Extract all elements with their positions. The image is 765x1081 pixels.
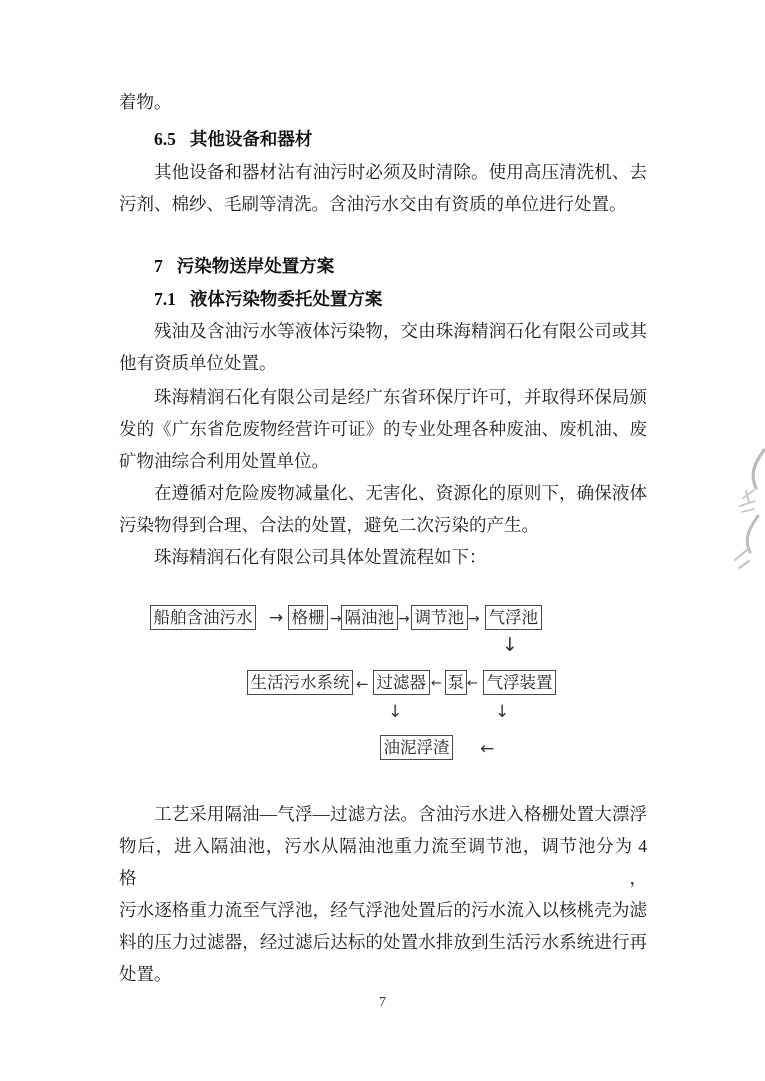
flow-node-grating: 格栅 [288,605,328,630]
paragraph-6-5: 其他设备和器材沾有油污时必须及时清除。使用高压清洗机、去 污剂、棉纱、毛刷等清洗… [119,156,647,220]
text-line: 矿物油综合利用处置单位。 [119,445,647,477]
heading-7-title: 污染物送岸处置方案 [177,256,335,276]
disposal-flowchart: 船舶含油污水 → 格栅 → 隔油池 → 调节池 → 气浮池 ↓ 生活污水系统 ←… [119,573,647,768]
right-arrow-icon: → [398,612,410,626]
text-column: 着物。 6.5其他设备和器材 其他设备和器材沾有油污时必须及时清除。使用高压清洗… [119,0,647,990]
flow-node-ship-oily-water: 船舶含油污水 [150,605,256,630]
left-arrow-icon: ← [467,677,478,690]
heading-6-5: 6.5其他设备和器材 [119,123,647,155]
flow-node-regulating-tank: 调节池 [411,605,468,630]
down-arrow-icon: ↓ [502,636,518,655]
text-line: 污染物得到合理、合法的处置，避免二次污染的产生。 [119,509,647,541]
heading-7: 7污染物送岸处置方案 [119,250,647,282]
page-number: 7 [0,995,765,1011]
text-line: 珠海精润石化有限公司是经广东省环保厅许可，并取得环保局颁 [119,381,647,413]
right-arrow-icon: → [330,612,342,626]
heading-7-1-number: 7.1 [154,289,176,309]
heading-7-number: 7 [154,256,163,276]
text-line: 污剂、棉纱、毛刷等清洗。含油污水交由有资质的单位进行处置。 [119,188,647,220]
text-line: 他有资质单位处置。 [119,347,647,379]
heading-7-1: 7.1液体污染物委托处置方案 [119,283,647,315]
down-arrow-icon: ↓ [388,704,402,721]
paragraph-process-description: 工艺采用隔油—气浮—过滤方法。含油污水进入格栅处置大漂浮 物后，进入隔油池，污水… [119,798,647,990]
paragraph-continuation-line: 着物。 [119,86,647,118]
text-line: 其他设备和器材沾有油污时必须及时清除。使用高压清洗机、去 [119,156,647,188]
down-arrow-icon: ↓ [495,704,509,721]
paragraph-7-1-a: 残油及含油污水等液体污染物，交由珠海精润石化有限公司或其 他有资质单位处置。 [119,315,647,379]
left-arrow-icon: ← [356,677,369,692]
text-line: 珠海精润石化有限公司具体处置流程如下： [119,541,647,573]
left-arrow-icon: ← [480,741,494,758]
flow-node-filter: 过滤器 [373,670,430,695]
text-line: 处置。 [119,958,647,990]
flow-node-oil-separation-tank: 隔油池 [341,605,398,630]
flow-node-air-flotation-tank: 气浮池 [485,605,542,630]
scan-stamp-artifact [733,448,765,573]
right-arrow-icon: → [269,610,283,627]
text-line: 污水逐格重力流至气浮池，经气浮池处置后的污水流入以核桃壳为滤 [119,894,647,926]
text-line: 残油及含油污水等液体污染物，交由珠海精润石化有限公司或其 [119,315,647,347]
flow-node-domestic-sewage-system: 生活污水系统 [247,670,353,695]
text-line: 物后，进入隔油池，污水从隔油池重力流至调节池，调节池分为 4 格， [119,830,647,894]
heading-6-5-title: 其他设备和器材 [190,129,313,149]
heading-7-1-title: 液体污染物委托处置方案 [190,289,383,309]
flow-node-oil-sludge-scum: 油泥浮渣 [380,735,453,760]
text-line: 在遵循对危险废物减量化、无害化、资源化的原则下，确保液体 [119,477,647,509]
document-page: 着物。 6.5其他设备和器材 其他设备和器材沾有油污时必须及时清除。使用高压清洗… [0,0,765,1081]
heading-6-5-number: 6.5 [154,129,176,149]
left-arrow-icon: ← [431,677,442,690]
paragraph-7-1-c: 在遵循对危险废物减量化、无害化、资源化的原则下，确保液体 污染物得到合理、合法的… [119,477,647,541]
flow-node-pump: 泵 [445,670,467,695]
text-line: 料的压力过滤器，经过滤后达标的处置水排放到生活污水系统进行再 [119,926,647,958]
paragraph-7-1-b: 珠海精润石化有限公司是经广东省环保厅许可，并取得环保局颁 发的《广东省危废物经营… [119,381,647,477]
right-arrow-icon: → [468,612,480,626]
paragraph-7-1-d: 珠海精润石化有限公司具体处置流程如下： [119,541,647,573]
flow-node-air-flotation-device: 气浮装置 [483,670,556,695]
text-line: 发的《广东省危废物经营许可证》的专业处理各种废油、废机油、废 [119,413,647,445]
text-line: 工艺采用隔油—气浮—过滤方法。含油污水进入格栅处置大漂浮 [119,798,647,830]
